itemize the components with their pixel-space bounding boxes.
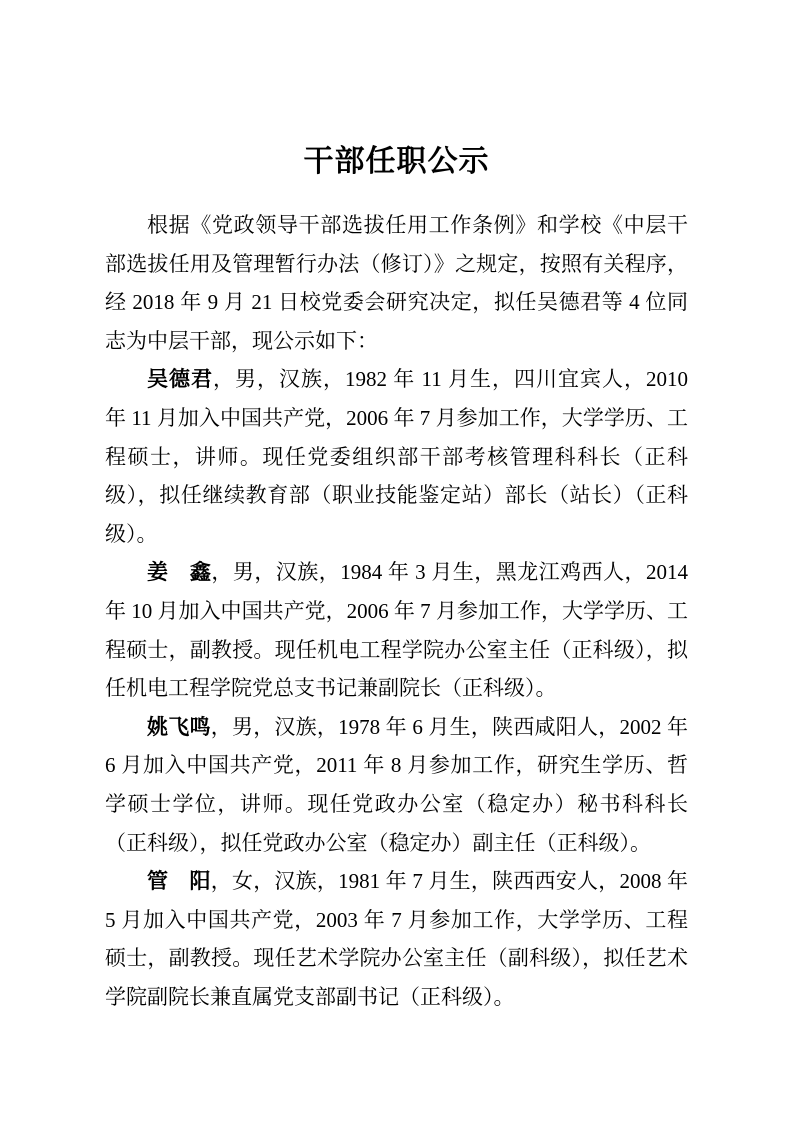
entry-paragraph: 姜 鑫，男，汉族，1984 年 3 月生，黑龙江鸡西人，2014 年 10 月加… [105, 553, 688, 707]
document-page: 干部任职公示 根据《党政领导干部选拔任用工作条例》和学校《中层干部选拔任用及管理… [0, 0, 793, 1122]
person-name: 吴德君 [147, 367, 213, 391]
entry-paragraph: 吴德君，男，汉族，1982 年 11 月生，四川宜宾人，2010 年 11 月加… [105, 360, 688, 553]
entry-paragraph: 管 阳，女，汉族，1981 年 7 月生，陕西西安人，2008 年 5 月加入中… [105, 862, 688, 1016]
document-title: 干部任职公示 [105, 145, 688, 178]
entry-paragraph: 姚飞鸣，男，汉族，1978 年 6 月生，陕西咸阳人，2002 年 6 月加入中… [105, 708, 688, 862]
person-name: 姚飞鸣 [147, 715, 211, 739]
intro-paragraph: 根据《党政领导干部选拔任用工作条例》和学校《中层干部选拔任用及管理暂行办法（修订… [105, 206, 688, 360]
person-name: 姜 鑫 [147, 560, 211, 584]
person-name: 管 阳 [147, 869, 211, 893]
person-bio: ，男，汉族，1982 年 11 月生，四川宜宾人，2010 年 11 月加入中国… [105, 367, 688, 545]
